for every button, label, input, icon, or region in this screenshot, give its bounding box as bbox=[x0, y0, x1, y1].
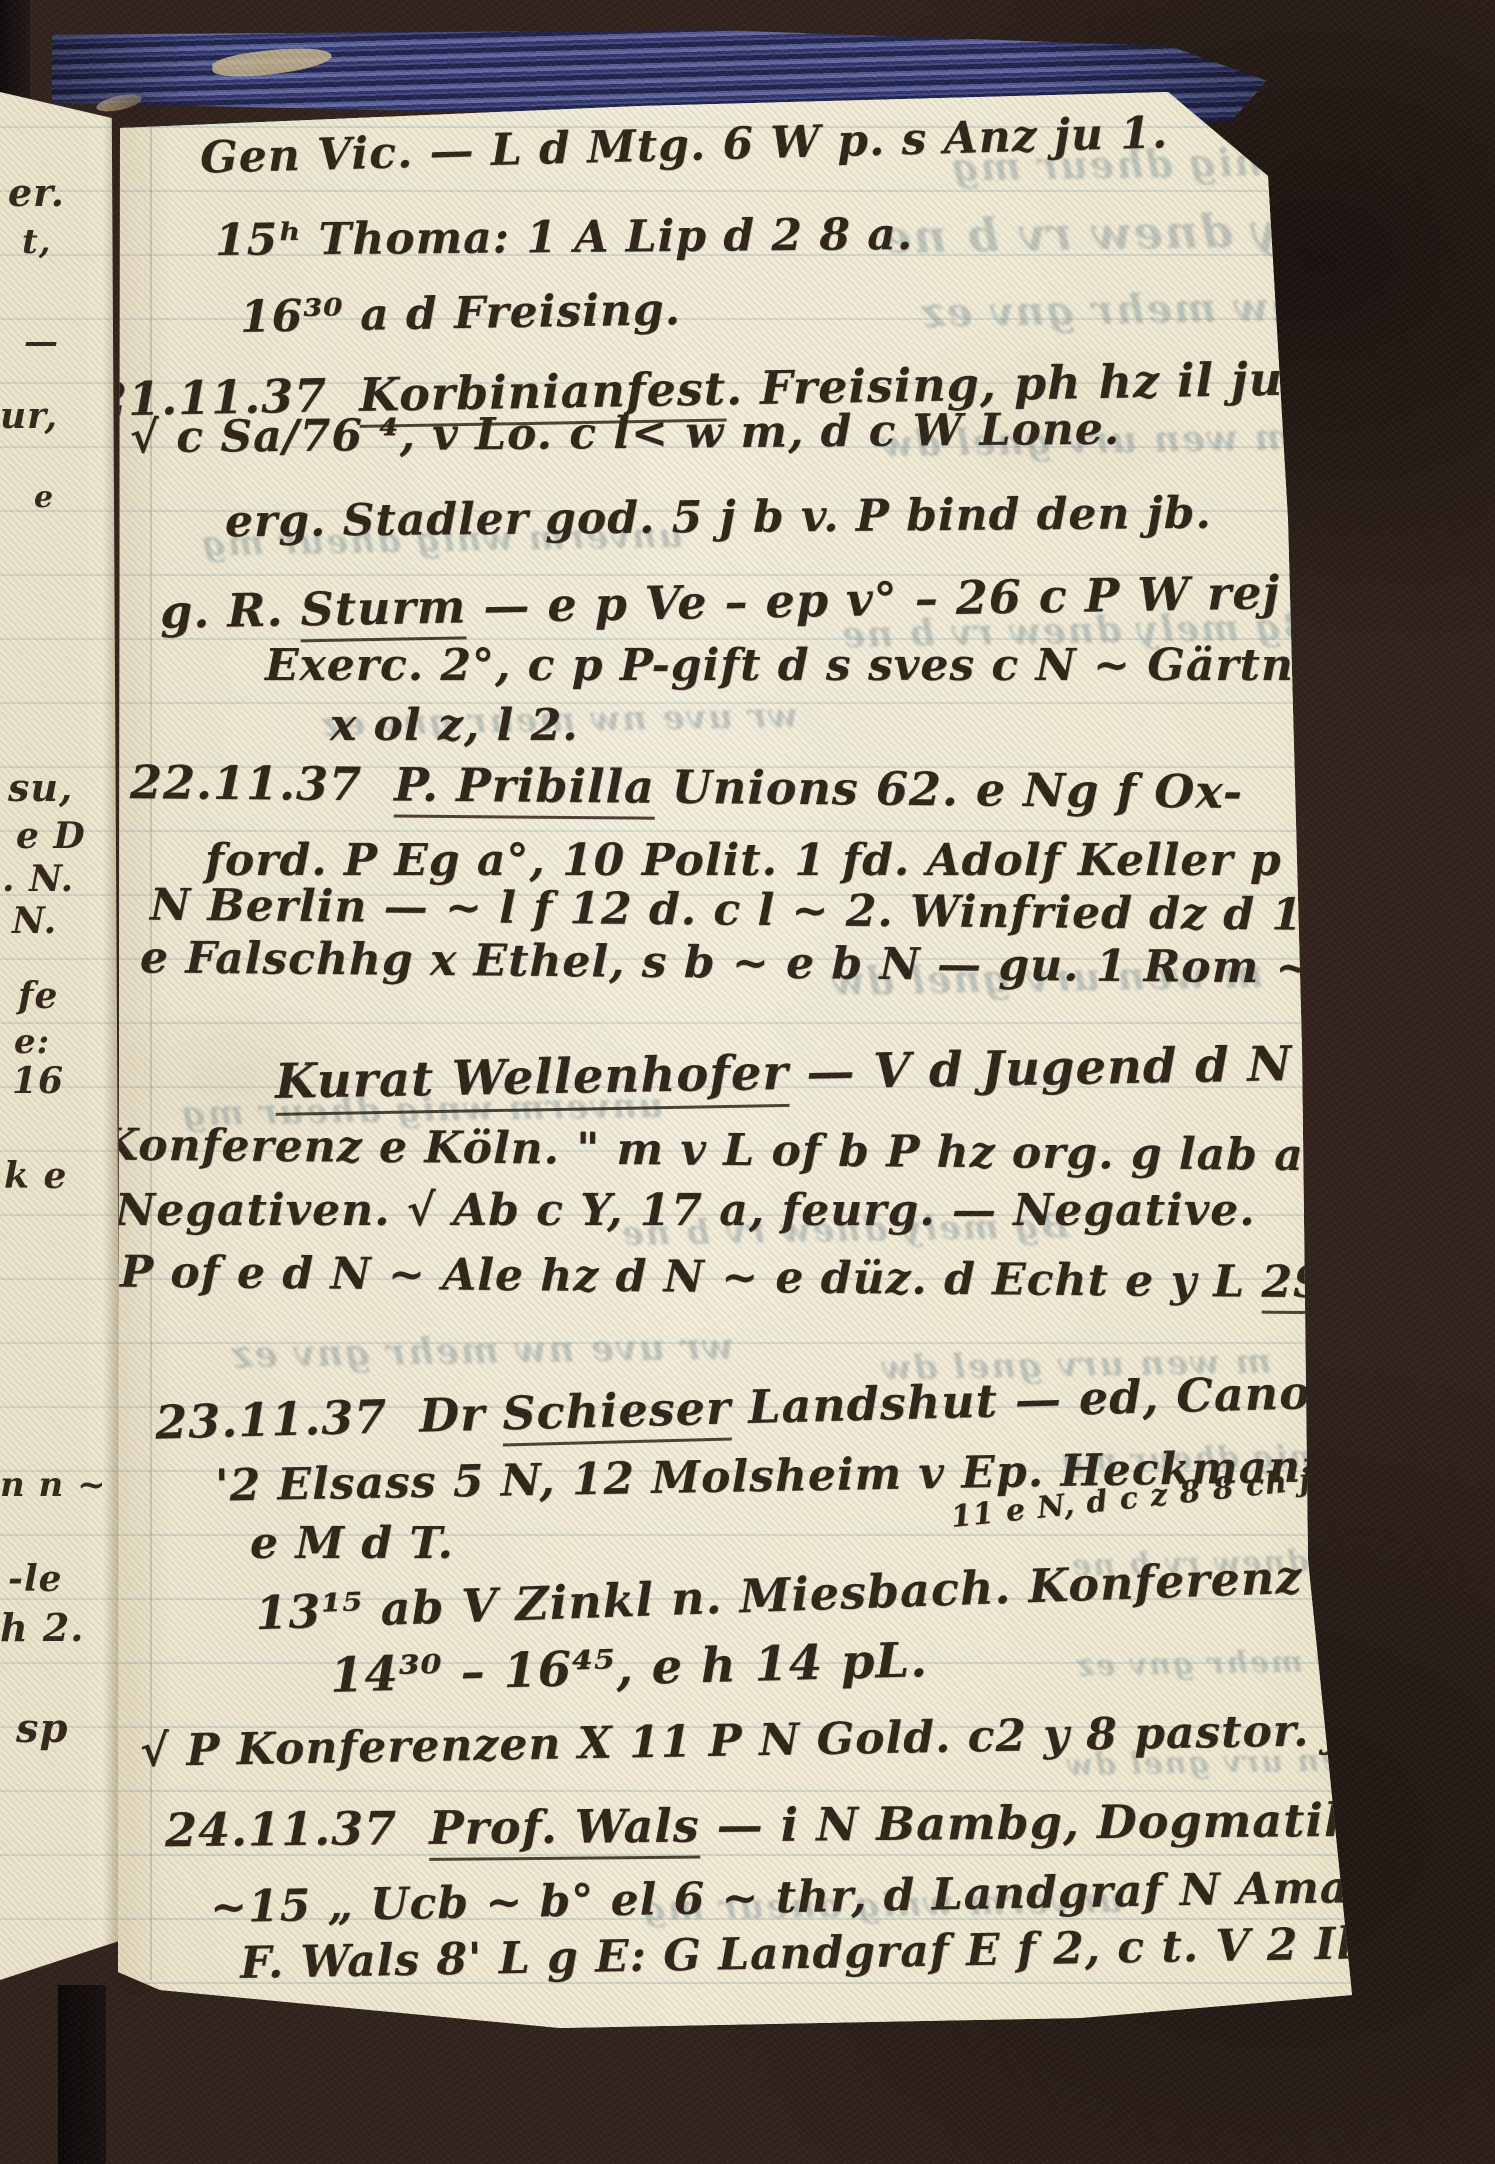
handwriting-line: Negativen. √ Ab c Y, 17 a, feurg. — Nega… bbox=[115, 1185, 1256, 1236]
left-page-fragment: -le bbox=[8, 1558, 63, 1600]
left-page-fragment: N. bbox=[12, 900, 57, 942]
bleed-through-text: wr uve nw mehr gnv ez bbox=[920, 280, 1476, 337]
handwriting-text: 14³⁰ – 16⁴⁵, e h 14 pL. bbox=[329, 1632, 928, 1704]
handwriting-line: √ c Sa/76 ⁴, v Lo. c l< w m, d c W Lone. bbox=[130, 404, 1121, 464]
handwriting-line: ford. P Eg a°, 10 Polit. 1 fd. Adolf Kel… bbox=[205, 835, 1458, 886]
handwriting-line: Exerc. 2°, c p P-gift d s sves c N ~ Gär… bbox=[265, 640, 1360, 691]
handwriting-text: . bbox=[1324, 1257, 1341, 1308]
handwriting-text: e M d T. bbox=[250, 1518, 454, 1569]
left-page-fragment: k e bbox=[4, 1155, 67, 1197]
underlined-heading: Schieser bbox=[502, 1381, 732, 1447]
handwriting-line: 15ʰ Thoma: 1 A Lip d 2 8 a. bbox=[215, 209, 914, 266]
diary-page: unverm wnig dheur mgBg mely dnew rv b ne… bbox=[0, 0, 1495, 2164]
handwriting-text: 16³⁰ a d Freising. bbox=[240, 284, 682, 343]
handwriting-text: g. R. bbox=[160, 582, 301, 638]
bleed-through-text: wr uve nw mehr gnv ez bbox=[1075, 1641, 1495, 1683]
underlined-heading: P. Pribilla bbox=[394, 757, 655, 819]
entry-date-label: 23.11.37 bbox=[154, 1390, 387, 1450]
handwriting-text: x ol z, l 2. bbox=[330, 700, 579, 751]
underlined-heading: Sturm bbox=[300, 579, 467, 642]
handwriting-line: 24.11.37Prof. Wals — i N Bambg, Dogmatik bbox=[165, 1793, 1357, 1857]
left-page-fragment: fe bbox=[18, 975, 58, 1017]
handwriting-text: Negativen. √ Ab c Y, 17 a, feurg. — Nega… bbox=[115, 1185, 1256, 1236]
underlined-heading: 2S bbox=[1261, 1257, 1324, 1315]
left-page-fragment: e D bbox=[16, 815, 86, 857]
left-page-fragment: e: bbox=[14, 1022, 50, 1062]
left-page-fragment: er. bbox=[8, 170, 65, 215]
left-page-fragment: t, bbox=[22, 222, 52, 262]
handwriting-line: N Berlin — ~ l f 12 d. c l ~ 2. Winfried… bbox=[150, 880, 1384, 942]
underlined-heading: Kurat Wellenhofer bbox=[275, 1045, 790, 1116]
entry-date-label: 24.11.37 bbox=[165, 1801, 398, 1857]
left-page-fragment: e bbox=[34, 480, 54, 515]
handwriting-text: — i N Bambg, Dogmatik bbox=[699, 1793, 1357, 1853]
underlined-heading: Prof. Wals bbox=[429, 1799, 700, 1861]
handwriting-text: ford. P Eg a°, 10 Polit. 1 fd. Adolf Kel… bbox=[205, 835, 1458, 886]
handwriting-text: Landshut — ed, Canon bbox=[730, 1364, 1345, 1434]
bleed-through-text: wr uve nw mehr gnv ez bbox=[230, 1326, 734, 1377]
handwriting-line: P of e d N ~ Ale hz d N ~ e düz. d Echt … bbox=[120, 1247, 1341, 1309]
handwriting-text: erg. Stadler god. 5 j b v. P bind den jb… bbox=[225, 488, 1212, 548]
left-page-fragment: ur, bbox=[0, 395, 58, 437]
handwriting-text: Unions 62. e Ng f Ox- bbox=[655, 760, 1244, 819]
left-page-fragment: h 2. bbox=[0, 1605, 85, 1650]
book-cover-edge-bottom bbox=[58, 1985, 106, 2164]
entry-date-label: 22.11.37 bbox=[130, 755, 363, 811]
handwriting-text: N Berlin — ~ l f 12 d. c l ~ 2. Winfried… bbox=[150, 880, 1384, 942]
photo-background: er.t,—ur,esu,e D. N.N.fee:16k en n ~-leh… bbox=[0, 0, 1495, 2164]
handwriting-text: — V d Jugend d N bbox=[788, 1036, 1293, 1101]
handwriting-line: Kurat Wellenhofer — V d Jugend d N bbox=[275, 1036, 1293, 1110]
left-page-fragment: 16 bbox=[12, 1060, 64, 1102]
handwriting-line: 14³⁰ – 16⁴⁵, e h 14 pL. bbox=[329, 1632, 928, 1704]
handwriting-line: erg. Stadler god. 5 j b v. P bind den jb… bbox=[225, 488, 1212, 548]
handwriting-line: Konferenz e Köln. " m v L of b P hz org.… bbox=[100, 1119, 1365, 1181]
left-page-fragment: su, bbox=[8, 765, 73, 810]
left-page-fragment: sp bbox=[16, 1705, 69, 1752]
handwriting-text: Dr bbox=[418, 1386, 503, 1442]
bleed-through-text: Bg mely dnew rv b ne bbox=[880, 200, 1474, 264]
handwriting-text: Exerc. 2°, c p P-gift d s sves c N ~ Gär… bbox=[265, 640, 1360, 691]
handwriting-line: e Falschhg x Ethel, s b ~ e b N — gu. 1 … bbox=[140, 932, 1427, 994]
handwriting-line: x ol z, l 2. bbox=[330, 700, 579, 751]
left-page-fragment: . N. bbox=[2, 858, 74, 900]
left-page-fragment: — bbox=[24, 322, 59, 362]
handwriting-text: √ c Sa/76 ⁴, v Lo. c l< w m, d c W Lone. bbox=[130, 404, 1121, 464]
handwriting-text: P of e d N ~ Ale hz d N ~ e düz. d Echt … bbox=[120, 1247, 1262, 1308]
handwriting-line: 23.11.37Dr Schieser Landshut — ed, Canon bbox=[154, 1364, 1345, 1449]
handwriting-text: Konferenz e Köln. " m v L of b P hz org.… bbox=[100, 1119, 1365, 1181]
handwriting-text: e Falschhg x Ethel, s b ~ e b N — gu. 1 … bbox=[140, 932, 1427, 994]
handwriting-line: 22.11.37P. Pribilla Unions 62. e Ng f Ox… bbox=[130, 755, 1243, 819]
handwriting-line: 16³⁰ a d Freising. bbox=[240, 284, 682, 343]
handwriting-line: e M d T. bbox=[250, 1518, 454, 1569]
handwriting-text: 15ʰ Thoma: 1 A Lip d 2 8 a. bbox=[215, 209, 914, 266]
left-page-fragment: n n ~ bbox=[0, 1465, 107, 1505]
